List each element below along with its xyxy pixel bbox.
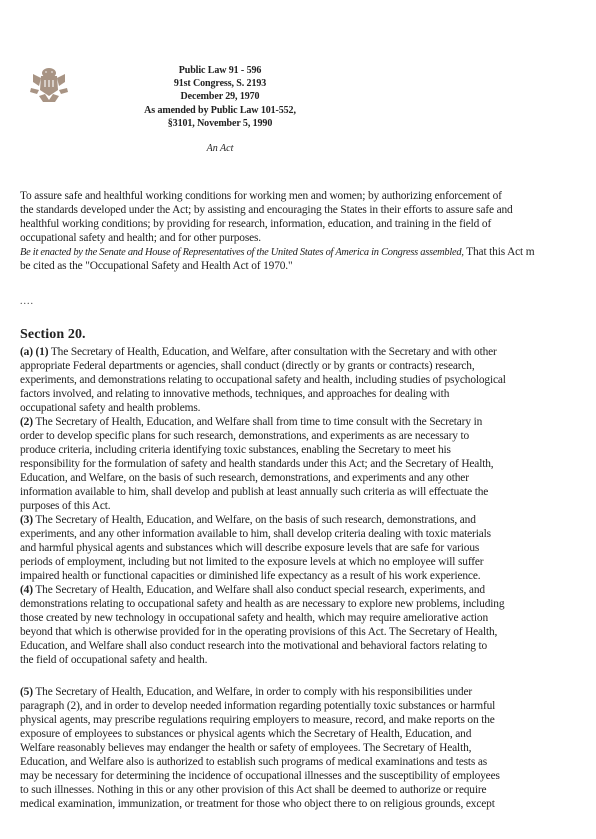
paragraph-line: Welfare reasonably believes may endanger…	[20, 741, 471, 755]
section-heading: Section 20.	[20, 327, 86, 343]
paragraph-line: Education, and Welfare also is authorize…	[20, 755, 487, 769]
enacting-clause: Be it enacted by the Senate and House of…	[20, 245, 534, 260]
act-title: An Act	[120, 143, 320, 154]
paragraph-line: medical examination, immunization, or tr…	[20, 797, 495, 811]
paragraph-line: periods of employment, including but not…	[20, 555, 483, 569]
enactment-date: December 29, 1970	[120, 90, 320, 103]
paragraph-label: (a) (1)	[20, 346, 48, 358]
paragraph-line: demonstrations relating to occupational …	[20, 597, 504, 611]
paragraph-line: order to develop specific plans for such…	[20, 429, 469, 443]
paragraph-line: to such illnesses. Nothing in this or an…	[20, 783, 486, 797]
paragraph-text: The Secretary of Health, Education, and …	[33, 514, 476, 526]
paragraph-4-first-line: (4) The Secretary of Health, Education, …	[20, 583, 485, 597]
paragraph-line: impaired health or functional capacities…	[20, 569, 480, 583]
paragraph-line: those created by new technology in occup…	[20, 611, 488, 625]
public-law-number: Public Law 91 - 596	[120, 64, 320, 77]
paragraph-line: occupational safety and health problems.	[20, 401, 200, 415]
paragraph-a1-first-line: (a) (1) The Secretary of Health, Educati…	[20, 345, 497, 359]
paragraph-line: and harmful physical agents and substanc…	[20, 541, 479, 555]
enacting-clause-italic: Be it enacted by the Senate and House of…	[20, 247, 464, 258]
amendment-date: §3101, November 5, 1990	[120, 117, 320, 130]
paragraph-line: may be necessary for determining the inc…	[20, 769, 500, 783]
paragraph-line: Education, and Welfare, on the basis of …	[20, 471, 469, 485]
paragraph-line: exposure of employees to substances or p…	[20, 727, 471, 741]
preamble-line: To assure safe and healthful working con…	[20, 189, 502, 203]
paragraph-line: factors involved, and relating to innova…	[20, 387, 449, 401]
preamble-line: occupational safety and health; and for …	[20, 231, 261, 245]
paragraph-text: The Secretary of Health, Education, and …	[33, 584, 485, 596]
enacting-clause-rest: That this Act m	[464, 246, 535, 258]
paragraph-line: produce criteria, including criteria ide…	[20, 443, 451, 457]
paragraph-line: purposes of this Act.	[20, 499, 111, 513]
paragraph-text: The Secretary of Health, Education, and …	[48, 346, 496, 358]
law-citation-header: Public Law 91 - 596 91st Congress, S. 21…	[120, 64, 320, 130]
paragraph-text: The Secretary of Health, Education, and …	[33, 416, 482, 428]
paragraph-line: experiments, and any other information a…	[20, 527, 491, 541]
paragraph-line: Education, and Welfare shall also conduc…	[20, 639, 487, 653]
preamble-line: the standards developed under the Act; b…	[20, 203, 513, 217]
omission-ellipsis: ....	[20, 296, 34, 307]
paragraph-line: physical agents, may prescribe regulatio…	[20, 713, 495, 727]
paragraph-line: responsibility for the formulation of sa…	[20, 457, 493, 471]
paragraph-5-first-line: (5) The Secretary of Health, Education, …	[20, 685, 472, 699]
paragraph-line: information available to him, shall deve…	[20, 485, 488, 499]
paragraph-2-first-line: (2) The Secretary of Health, Education, …	[20, 415, 482, 429]
paragraph-label: (3)	[20, 514, 33, 526]
paragraph-line: beyond that which is otherwise provided …	[20, 625, 497, 639]
amendment-note: As amended by Public Law 101-552,	[120, 104, 320, 117]
paragraph-label: (5)	[20, 686, 33, 698]
paragraph-label: (2)	[20, 416, 33, 428]
congress-bill: 91st Congress, S. 2193	[120, 77, 320, 90]
great-seal-eagle-icon	[27, 64, 71, 108]
paragraph-text: The Secretary of Health, Education, and …	[33, 686, 472, 698]
paragraph-line: experiments, and demonstrations relating…	[20, 373, 506, 387]
preamble-line: healthful working conditions; by providi…	[20, 217, 491, 231]
paragraph-label: (4)	[20, 584, 33, 596]
paragraph-line: paragraph (2), and in order to develop n…	[20, 699, 495, 713]
paragraph-line: appropriate Federal departments or agenc…	[20, 359, 475, 373]
paragraph-3-first-line: (3) The Secretary of Health, Education, …	[20, 513, 476, 527]
paragraph-line: the field of occupational safety and hea…	[20, 653, 207, 667]
short-title-line: be cited as the "Occupational Safety and…	[20, 259, 293, 273]
